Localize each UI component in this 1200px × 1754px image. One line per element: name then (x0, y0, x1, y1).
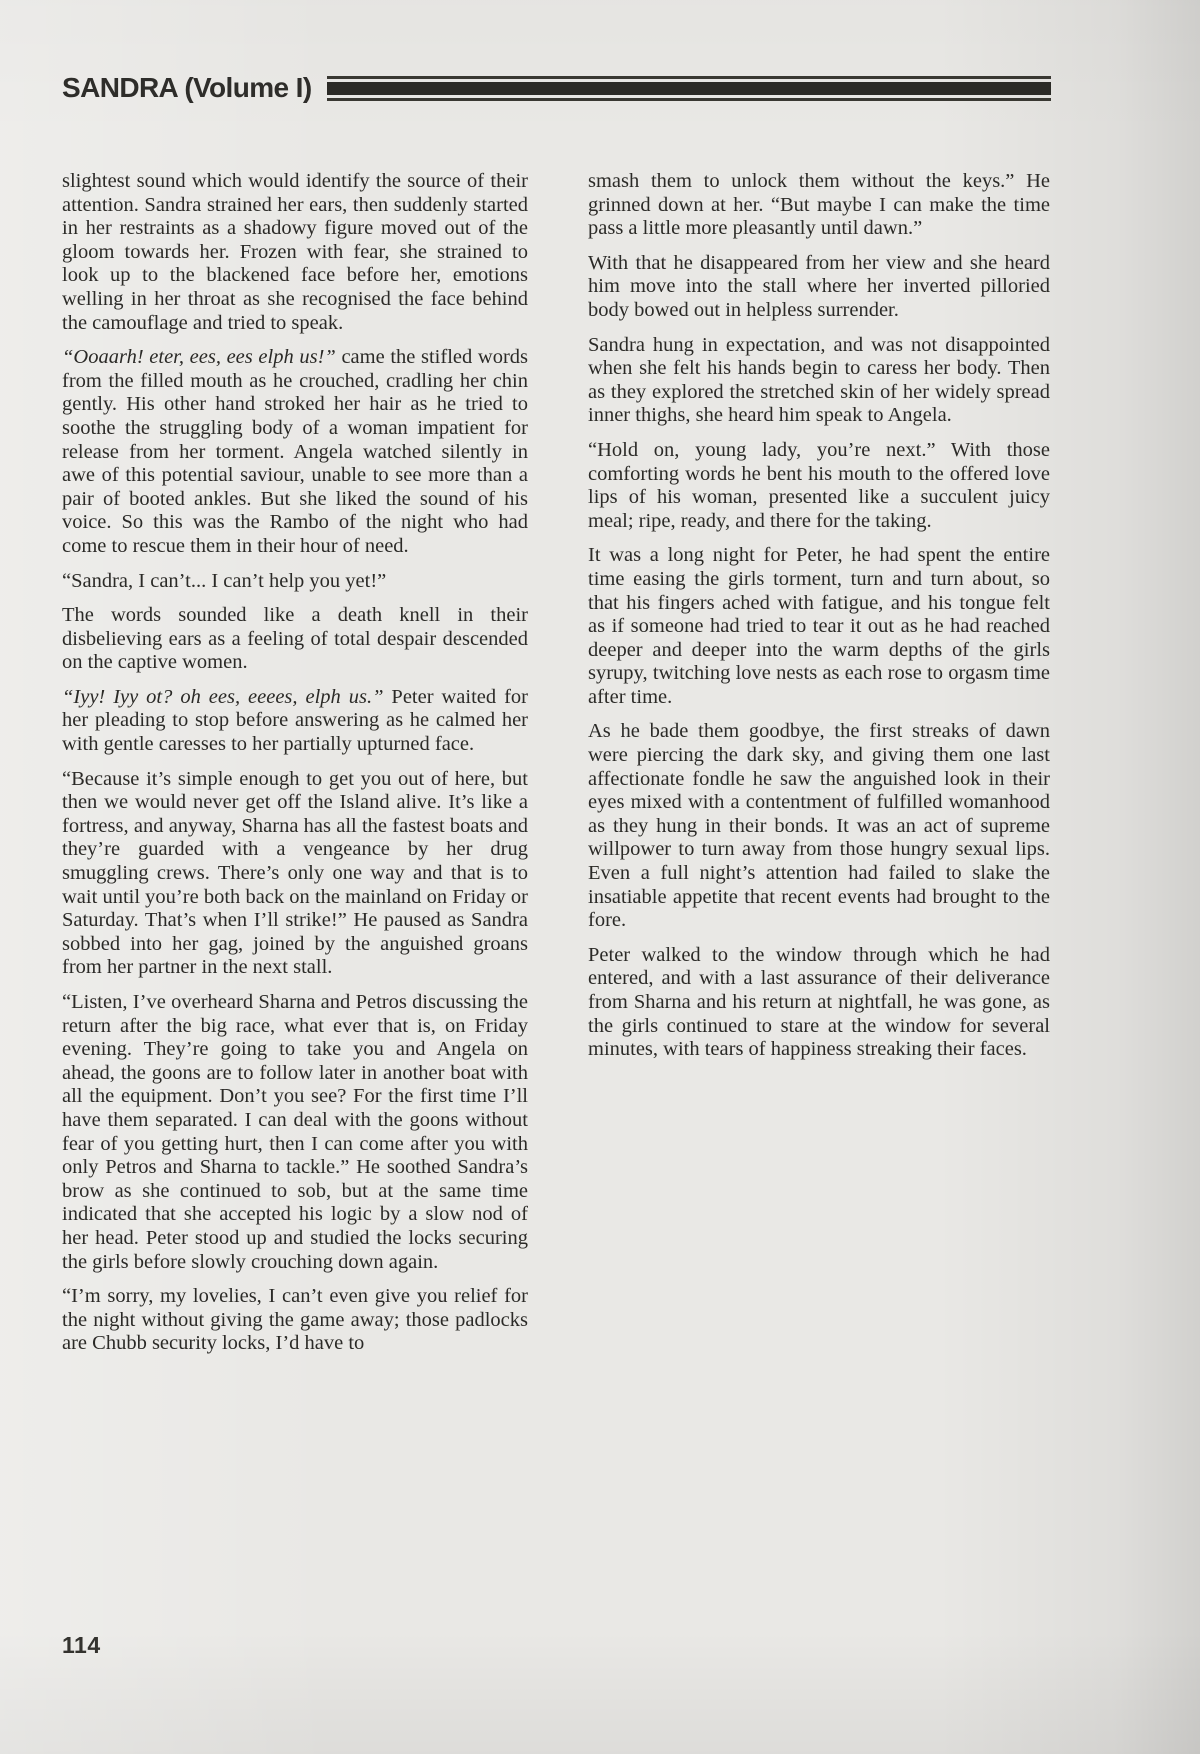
paragraph: “Sandra, I can’t... I can’t help you yet… (62, 570, 528, 594)
paragraph: “Because it’s simple enough to get you o… (62, 768, 528, 980)
body-text: slightest sound which would identify the… (62, 170, 1050, 1367)
paragraph: It was a long night for Peter, he had sp… (588, 544, 1050, 709)
left-column: slightest sound which would identify the… (62, 170, 528, 1367)
paragraph: Sandra hung in expectation, and was not … (588, 334, 1050, 428)
paragraph: Peter walked to the window through which… (588, 944, 1050, 1062)
italic-dialogue: “Ooaarh! eter, ees, ees elph us!” (62, 346, 336, 368)
italic-dialogue: “Iyy! Iyy ot? oh ees, eeees, elph us.” (62, 686, 383, 708)
paragraph: “Ooaarh! eter, ees, ees elph us!” came t… (62, 346, 528, 558)
paragraph: slightest sound which would identify the… (62, 170, 528, 335)
paragraph: The words sounded like a death knell in … (62, 604, 528, 675)
paragraph: As he bade them goodbye, the first strea… (588, 720, 1050, 932)
header-rule-thin-bottom (327, 98, 1051, 101)
paragraph: “Listen, I’ve overheard Sharna and Petro… (62, 991, 528, 1274)
paragraph: “I’m sorry, my lovelies, I can’t even gi… (62, 1285, 528, 1356)
paragraph: “Hold on, young lady, you’re next.” With… (588, 439, 1050, 533)
page-header: SANDRA (Volume I) (62, 72, 1051, 104)
header-title: SANDRA (Volume I) (62, 72, 312, 104)
header-rule-thin-top (327, 76, 1051, 79)
right-column: smash them to unlock them without the ke… (588, 170, 1050, 1367)
paragraph: smash them to unlock them without the ke… (588, 170, 1050, 241)
paragraph: “Iyy! Iyy ot? oh ees, eeees, elph us.” P… (62, 686, 528, 757)
page-number: 114 (62, 1632, 101, 1659)
header-rule (327, 76, 1051, 101)
header-rule-thick (327, 82, 1051, 95)
paragraph: With that he disappeared from her view a… (588, 252, 1050, 323)
